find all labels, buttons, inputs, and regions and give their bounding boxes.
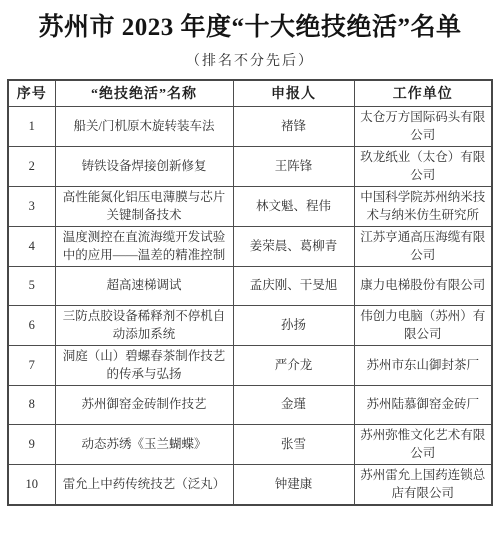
- document-page: 苏州市 2023 年度“十大绝技绝活”名单 （排名不分先后） 序号 “绝技绝活”…: [0, 0, 500, 542]
- table-row: 7 洞庭（山）碧螺春茶制作技艺的传承与弘扬 严介龙 苏州市东山御封茶厂: [8, 346, 492, 386]
- table-row: 6 三防点胶设备稀释剂不停机自动添加系统 孙扬 伟创力电脑（苏州）有限公司: [8, 306, 492, 346]
- cell-index: 7: [8, 346, 55, 386]
- cell-skill: 温度测控在直流海缆开发试验中的应用——温差的精准控制: [55, 227, 233, 267]
- cell-unit: 苏州弥惟文化艺术有限公司: [354, 425, 492, 465]
- cell-unit: 玖龙纸业（太仓）有限公司: [354, 147, 492, 187]
- cell-skill: 雷允上中药传统技艺（泛丸）: [55, 465, 233, 506]
- cell-unit: 中国科学院苏州纳米技术与纳米仿生研究所: [354, 187, 492, 227]
- table-row: 4 温度测控在直流海缆开发试验中的应用——温差的精准控制 姜荣晨、葛柳青 江苏亨…: [8, 227, 492, 267]
- cell-unit: 康力电梯股份有限公司: [354, 267, 492, 306]
- cell-applicant: 严介龙: [233, 346, 354, 386]
- col-header-index: 序号: [8, 80, 55, 107]
- skills-table: 序号 “绝技绝活”名称 申报人 工作单位 1 船关/门机原木旋转装车法 褚锋 太…: [7, 79, 493, 507]
- table-row: 8 苏州御窑金砖制作技艺 金瑾 苏州陆慕御窑金砖厂: [8, 386, 492, 425]
- cell-applicant: 张雪: [233, 425, 354, 465]
- col-header-skill: “绝技绝活”名称: [55, 80, 233, 107]
- cell-skill: 船关/门机原木旋转装车法: [55, 107, 233, 147]
- cell-index: 2: [8, 147, 55, 187]
- cell-index: 3: [8, 187, 55, 227]
- col-header-unit: 工作单位: [354, 80, 492, 107]
- cell-skill: 铸铁设备焊接创新修复: [55, 147, 233, 187]
- cell-unit: 苏州市东山御封茶厂: [354, 346, 492, 386]
- cell-skill: 高性能氮化铝压电薄膜与芯片关键制备技术: [55, 187, 233, 227]
- cell-index: 4: [8, 227, 55, 267]
- cell-skill: 动态苏绣《玉兰蝴蝶》: [55, 425, 233, 465]
- table-header-row: 序号 “绝技绝活”名称 申报人 工作单位: [8, 80, 492, 107]
- cell-unit: 太仓万方国际码头有限公司: [354, 107, 492, 147]
- table-row: 5 超高速梯调试 孟庆刚、干旻旭 康力电梯股份有限公司: [8, 267, 492, 306]
- cell-skill: 三防点胶设备稀释剂不停机自动添加系统: [55, 306, 233, 346]
- cell-skill: 洞庭（山）碧螺春茶制作技艺的传承与弘扬: [55, 346, 233, 386]
- table-row: 9 动态苏绣《玉兰蝴蝶》 张雪 苏州弥惟文化艺术有限公司: [8, 425, 492, 465]
- cell-index: 1: [8, 107, 55, 147]
- table-row: 2 铸铁设备焊接创新修复 王阵锋 玖龙纸业（太仓）有限公司: [8, 147, 492, 187]
- cell-applicant: 姜荣晨、葛柳青: [233, 227, 354, 267]
- cell-applicant: 金瑾: [233, 386, 354, 425]
- cell-applicant: 孙扬: [233, 306, 354, 346]
- cell-index: 5: [8, 267, 55, 306]
- table-row: 1 船关/门机原木旋转装车法 褚锋 太仓万方国际码头有限公司: [8, 107, 492, 147]
- cell-unit: 伟创力电脑（苏州）有限公司: [354, 306, 492, 346]
- cell-index: 10: [8, 465, 55, 506]
- cell-applicant: 钟建康: [233, 465, 354, 506]
- cell-applicant: 褚锋: [233, 107, 354, 147]
- cell-unit: 苏州雷允上国药连锁总店有限公司: [354, 465, 492, 506]
- cell-applicant: 孟庆刚、干旻旭: [233, 267, 354, 306]
- cell-skill: 超高速梯调试: [55, 267, 233, 306]
- col-header-applicant: 申报人: [233, 80, 354, 107]
- cell-applicant: 林文魁、程伟: [233, 187, 354, 227]
- cell-skill: 苏州御窑金砖制作技艺: [55, 386, 233, 425]
- table-row: 10 雷允上中药传统技艺（泛丸） 钟建康 苏州雷允上国药连锁总店有限公司: [8, 465, 492, 506]
- page-subtitle: （排名不分先后）: [0, 50, 500, 70]
- cell-index: 9: [8, 425, 55, 465]
- cell-unit: 江苏亨通高压海缆有限公司: [354, 227, 492, 267]
- table-row: 3 高性能氮化铝压电薄膜与芯片关键制备技术 林文魁、程伟 中国科学院苏州纳米技术…: [8, 187, 492, 227]
- page-title: 苏州市 2023 年度“十大绝技绝活”名单: [0, 12, 500, 45]
- cell-index: 8: [8, 386, 55, 425]
- cell-index: 6: [8, 306, 55, 346]
- cell-unit: 苏州陆慕御窑金砖厂: [354, 386, 492, 425]
- cell-applicant: 王阵锋: [233, 147, 354, 187]
